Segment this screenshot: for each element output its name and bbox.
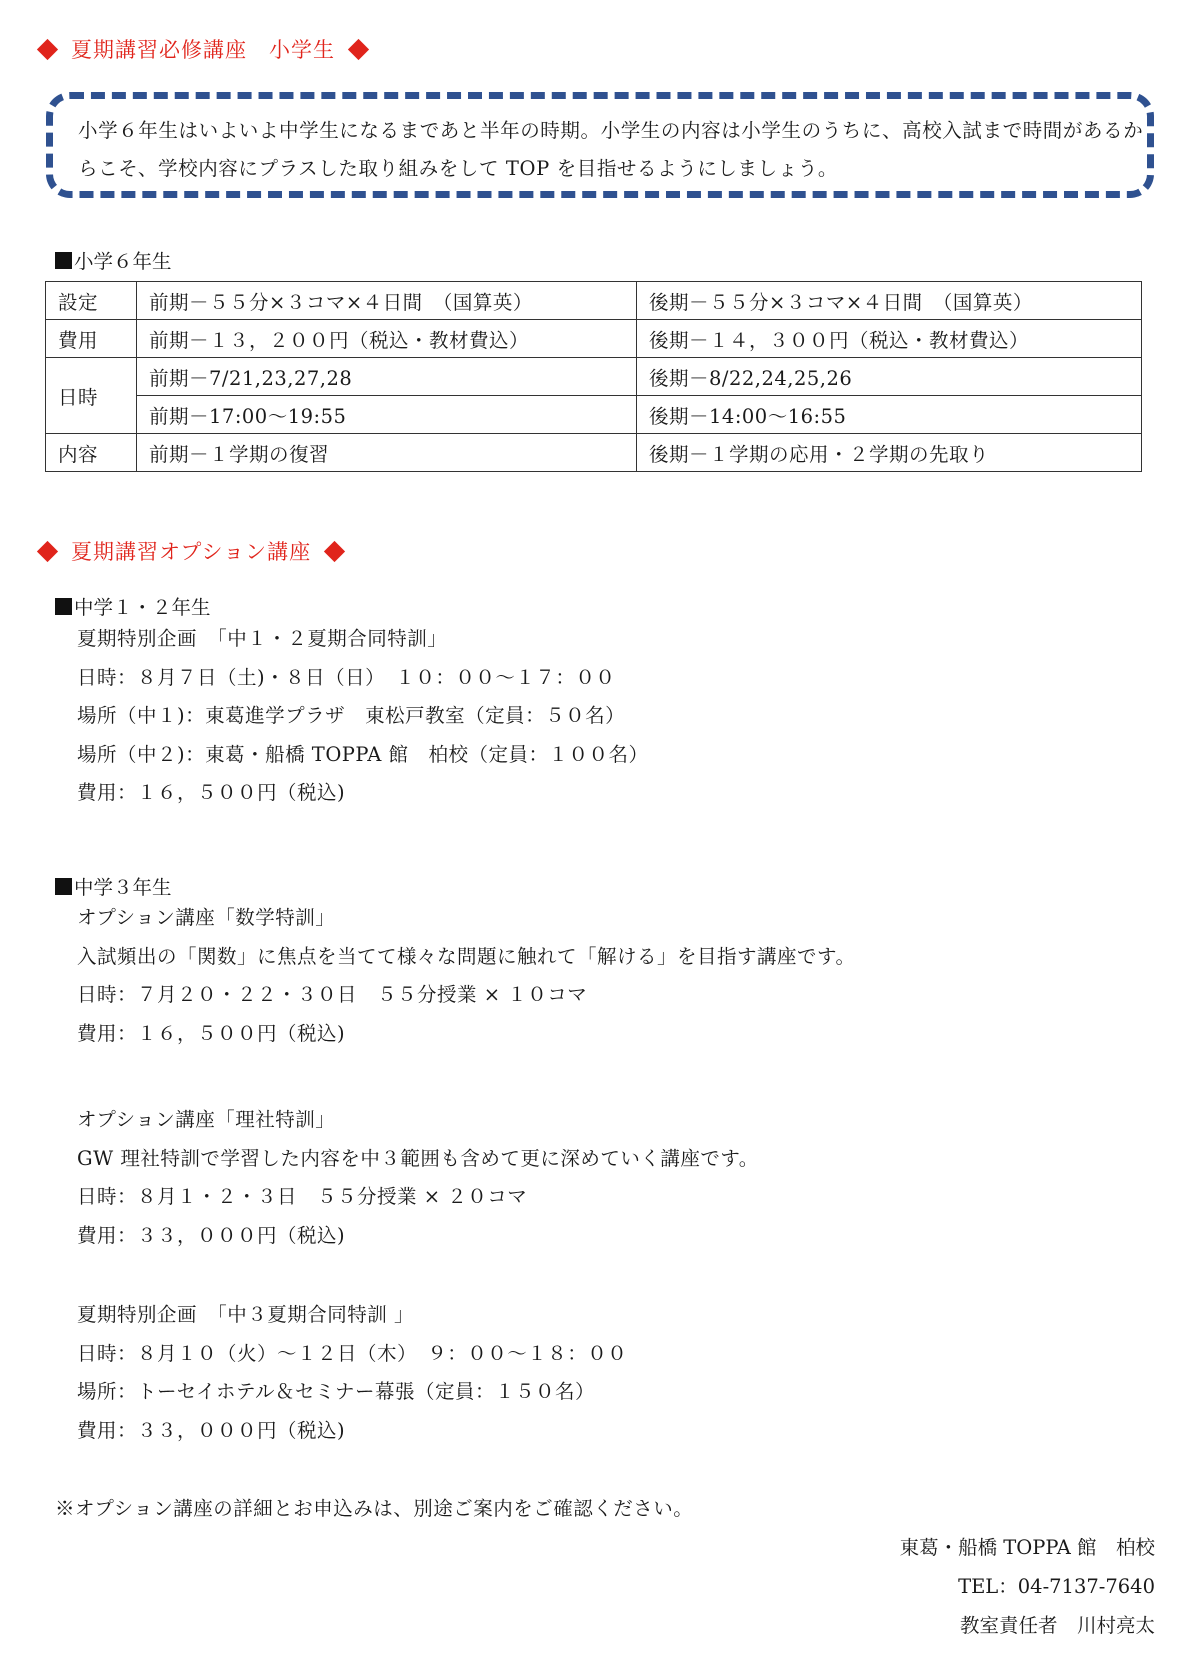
- detail-line: 入試頻出の「関数」に焦点を当てて様々な問題に触れて「解ける」を目指す講座です。: [77, 938, 855, 977]
- table-row: 設定 前期－５５分×３コマ×４日間 （国算英） 後期－５５分×３コマ×４日間 （…: [46, 282, 1142, 320]
- jh12-heading: 中学１・２年生: [55, 592, 211, 620]
- diamond-icon: [37, 38, 58, 59]
- row-label: 設定: [46, 282, 137, 320]
- row-label: 費用: [46, 320, 137, 358]
- second-term-cell: 後期－１学期の応用・２学期の先取り: [637, 434, 1142, 472]
- grade6-heading: 小学６年生: [55, 246, 172, 274]
- detail-line: 費用：１６，５００円（税込): [77, 1015, 855, 1054]
- contact-footer: 東葛・船橋 TOPPA 館 柏校 TEL：04-7137-7640 教室責任者 …: [900, 1528, 1155, 1645]
- detail-line: 夏期特別企画 「中３夏期合同特訓 」: [77, 1296, 627, 1335]
- detail-line: 費用：３３，０００円（税込): [77, 1412, 627, 1451]
- detail-line: 夏期特別企画 「中１・２夏期合同特訓」: [77, 620, 649, 659]
- detail-line: 場所：トーセイホテル＆セミナー幕張（定員：１５０名）: [77, 1373, 627, 1412]
- section-heading-options: 夏期講習オプション講座: [34, 536, 348, 566]
- jh12-details: 夏期特別企画 「中１・２夏期合同特訓」 日時：８月７日（土)・８日（日） １０：…: [77, 620, 649, 813]
- detail-line: 費用：３３，０００円（税込): [77, 1217, 759, 1256]
- school-name: 東葛・船橋 TOPPA 館 柏校: [900, 1528, 1155, 1567]
- detail-line: 日時：８月１０（火）～１２日（木） ９：００～１８：００: [77, 1335, 627, 1374]
- table-row: 日時 前期－7/21,23,27,28 後期－8/22,24,25,26: [46, 358, 1142, 396]
- first-term-cell: 前期－１３，２００円（税込・教材費込）: [137, 320, 637, 358]
- detail-line: 場所（中２)：東葛・船橋 TOPPA 館 柏校（定員：１００名）: [77, 736, 649, 775]
- diamond-icon: [324, 540, 345, 561]
- square-bullet-icon: [55, 598, 72, 615]
- section-heading-elementary: 夏期講習必修講座 小学生: [34, 34, 372, 64]
- intro-text: 小学６年生はいよいよ中学生になるまであと半年の時期。小学生の内容は小学生のうちに…: [78, 112, 1153, 188]
- square-bullet-icon: [55, 252, 72, 269]
- diamond-icon: [37, 540, 58, 561]
- square-bullet-icon: [55, 878, 72, 895]
- second-term-cell: 後期－8/22,24,25,26: [637, 358, 1142, 396]
- detail-line: 日時：８月１・２・３日 ５５分授業 × ２０コマ: [77, 1178, 759, 1217]
- section-heading-text: 夏期講習オプション講座: [71, 536, 311, 566]
- detail-line: 日時：７月２０・２２・３０日 ５５分授業 × １０コマ: [77, 976, 855, 1015]
- jh3-science-social-details: オプション講座「理社特訓」 GW 理社特訓で学習した内容を中３範囲も含めて更に深…: [77, 1101, 759, 1255]
- second-term-cell: 後期－５５分×３コマ×４日間 （国算英）: [637, 282, 1142, 320]
- manager-name: 教室責任者 川村亮太: [900, 1606, 1155, 1645]
- first-term-cell: 前期－7/21,23,27,28: [137, 358, 637, 396]
- second-term-cell: 後期－１４，３００円（税込・教材費込）: [637, 320, 1142, 358]
- jh3-heading-text: 中学３年生: [74, 876, 172, 899]
- diamond-icon: [348, 38, 369, 59]
- detail-line: オプション講座「数学特訓」: [77, 899, 855, 938]
- detail-line: 日時：８月７日（土)・８日（日） １０：００～１７：００: [77, 659, 649, 698]
- section-heading-text: 夏期講習必修講座 小学生: [71, 34, 335, 64]
- note: ※オプション講座の詳細とお申込みは、別途ご案内をご確認ください。: [55, 1490, 693, 1529]
- note-text: ※オプション講座の詳細とお申込みは、別途ご案内をご確認ください。: [55, 1490, 693, 1529]
- table-row: 前期－17:00～19:55 後期－14:00～16:55: [46, 396, 1142, 434]
- table-row: 内容 前期－１学期の復習 後期－１学期の応用・２学期の先取り: [46, 434, 1142, 472]
- detail-line: オプション講座「理社特訓」: [77, 1101, 759, 1140]
- first-term-cell: 前期－５５分×３コマ×４日間 （国算英）: [137, 282, 637, 320]
- row-label: 日時: [46, 358, 137, 434]
- jh3-heading: 中学３年生: [55, 872, 172, 900]
- detail-line: GW 理社特訓で学習した内容を中３範囲も含めて更に深めていく講座です。: [77, 1140, 759, 1179]
- detail-line: 場所（中１)：東葛進学プラザ 東松戸教室（定員：５０名）: [77, 697, 649, 736]
- row-label: 内容: [46, 434, 137, 472]
- jh12-heading-text: 中学１・２年生: [74, 596, 211, 619]
- grade6-heading-text: 小学６年生: [74, 250, 172, 273]
- grade6-schedule-table: 設定 前期－５５分×３コマ×４日間 （国算英） 後期－５５分×３コマ×４日間 （…: [45, 281, 1142, 472]
- first-term-cell: 前期－17:00～19:55: [137, 396, 637, 434]
- first-term-cell: 前期－１学期の復習: [137, 434, 637, 472]
- table-row: 費用 前期－１３，２００円（税込・教材費込） 後期－１４，３００円（税込・教材費…: [46, 320, 1142, 358]
- second-term-cell: 後期－14:00～16:55: [637, 396, 1142, 434]
- phone-number: TEL：04-7137-7640: [900, 1567, 1155, 1606]
- jh3-math-details: オプション講座「数学特訓」 入試頻出の「関数」に焦点を当てて様々な問題に触れて「…: [77, 899, 855, 1053]
- detail-line: 費用：１６，５００円（税込): [77, 774, 649, 813]
- jh3-summer-special-details: 夏期特別企画 「中３夏期合同特訓 」 日時：８月１０（火）～１２日（木） ９：０…: [77, 1296, 627, 1450]
